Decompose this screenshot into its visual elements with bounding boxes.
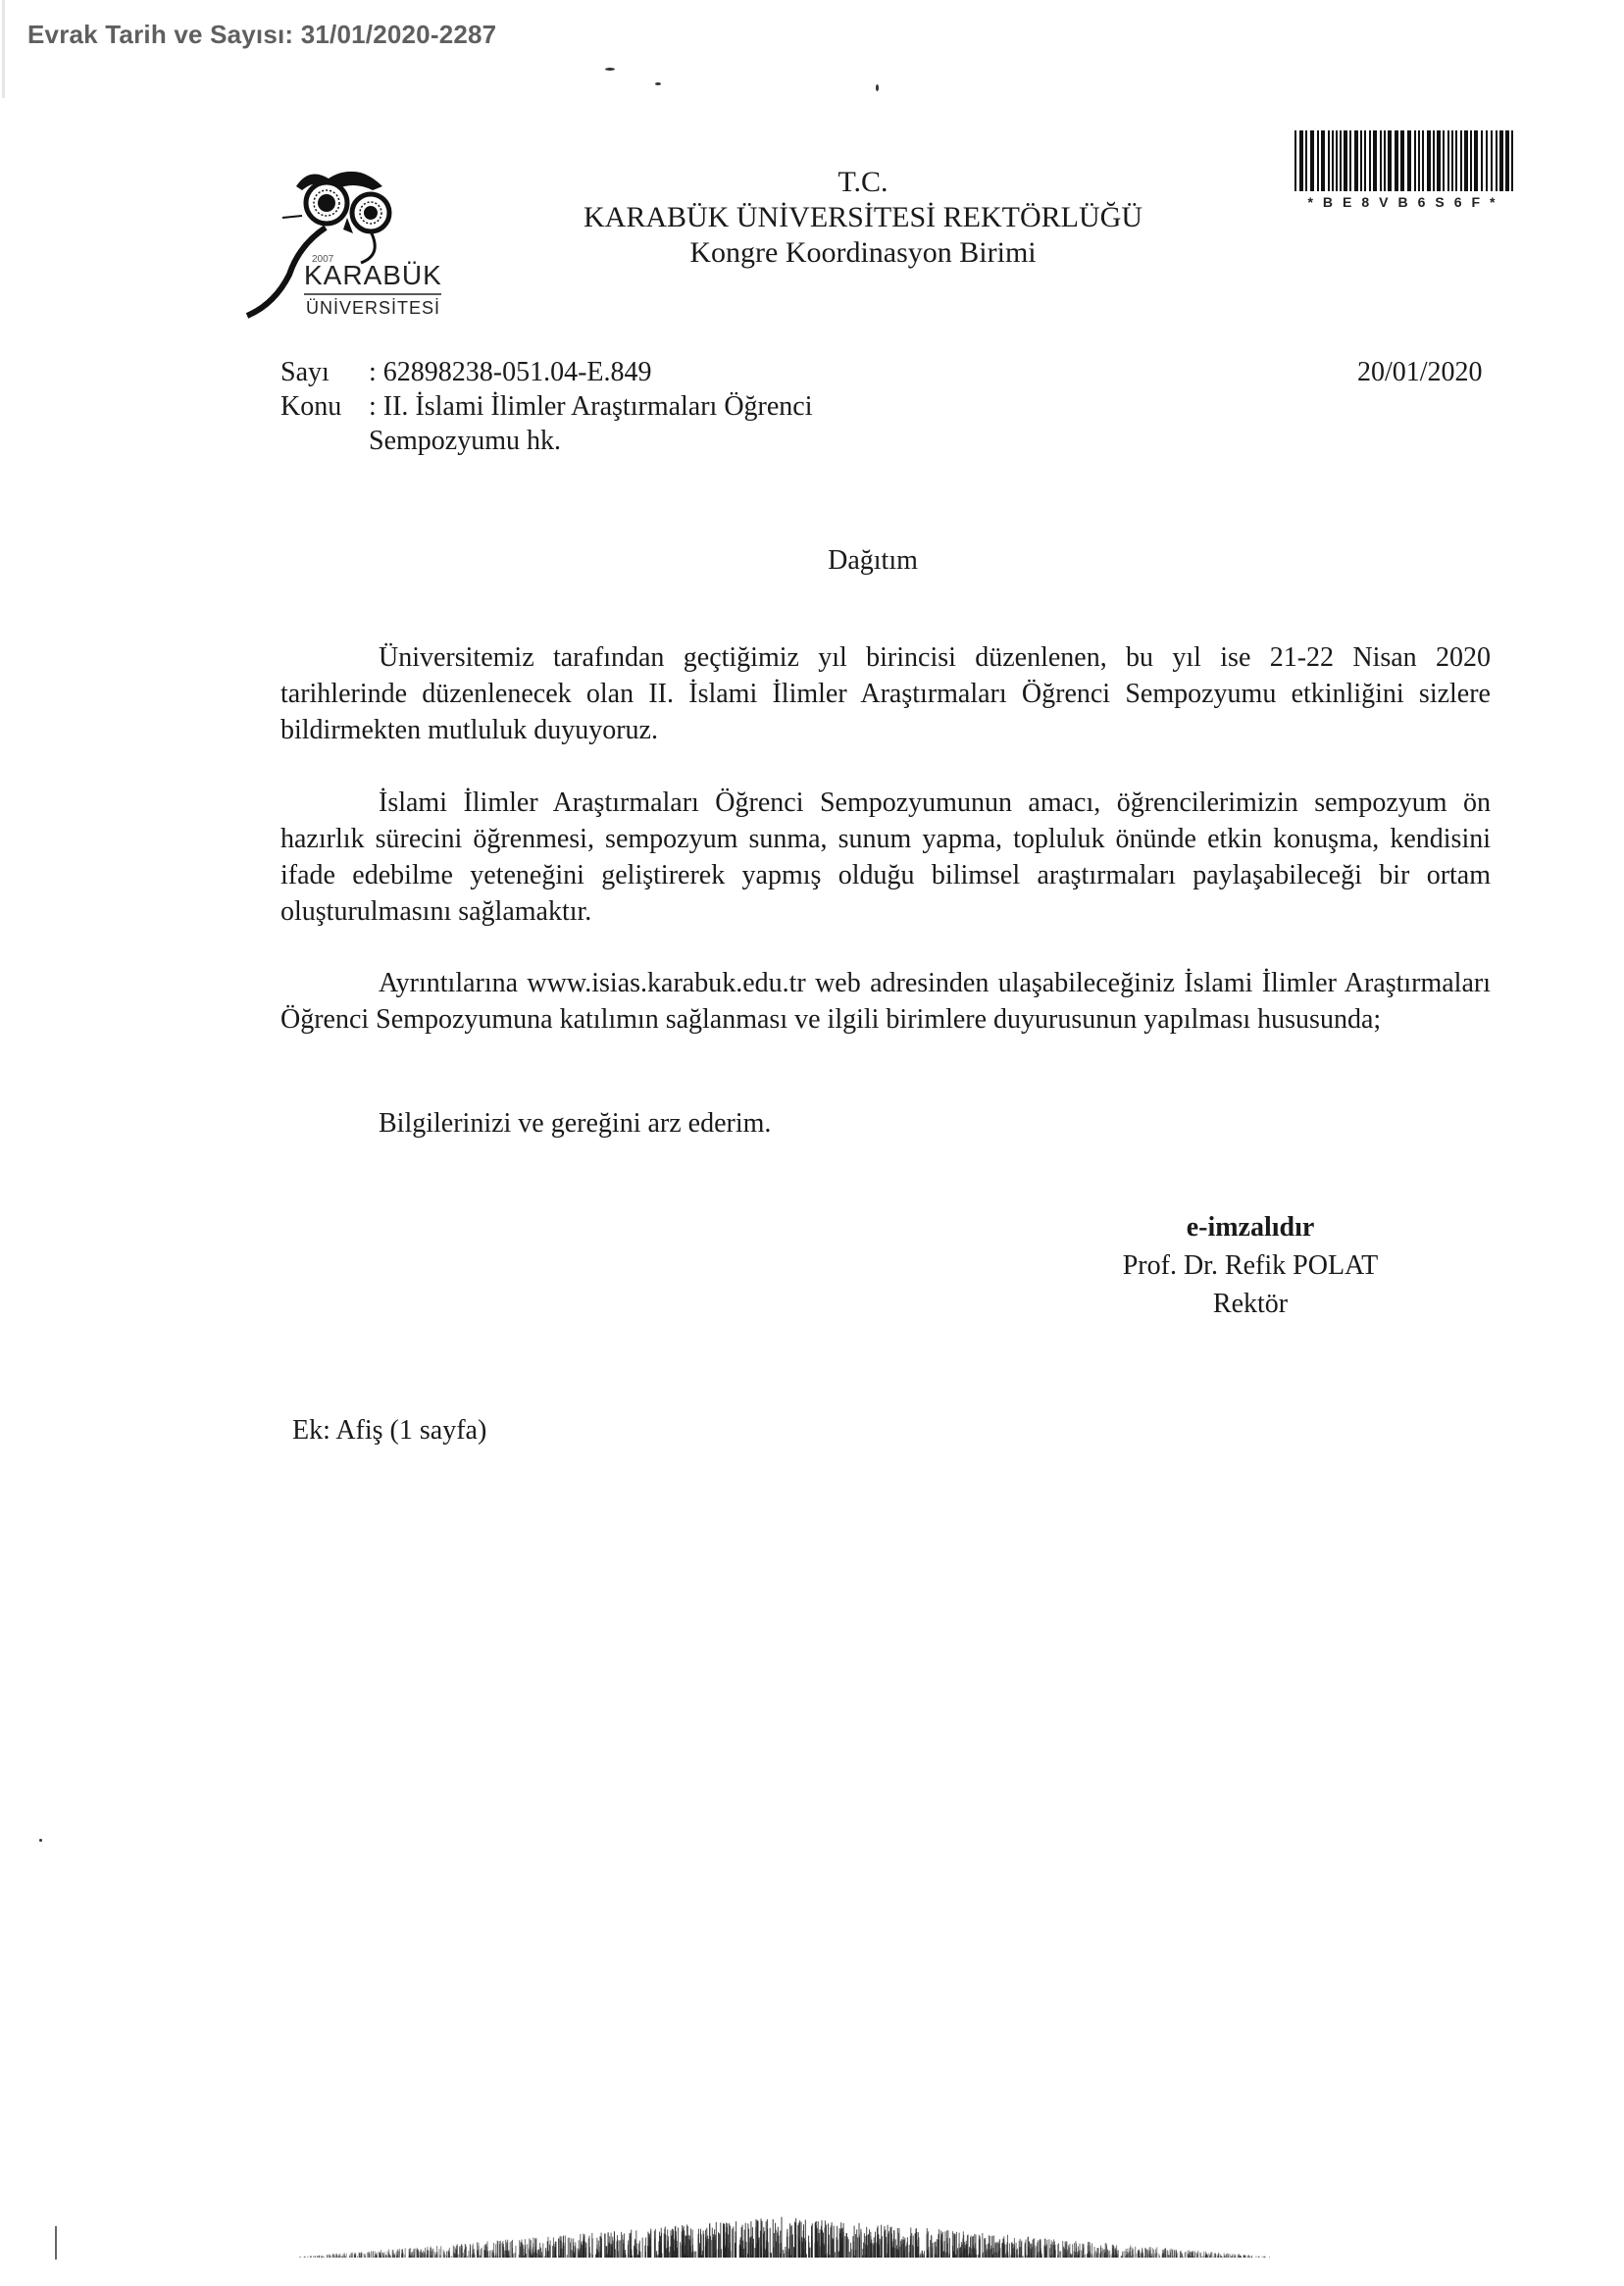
scan-speck: [55, 2226, 57, 2260]
sayi-value: : 62898238-051.04-E.849: [369, 355, 652, 389]
distribution-heading: Dağıtım: [765, 545, 981, 577]
header-tc: T.C.: [549, 165, 1177, 200]
scan-edge: [2, 0, 5, 98]
header-unit: Kongre Koordinasyon Birimi: [549, 235, 1177, 271]
konu-value: : II. İslami İlimler Araştırmaları Öğren…: [369, 389, 813, 424]
esign-status: e-imzalıdır: [1079, 1208, 1422, 1246]
scan-noise: [137, 2214, 1432, 2260]
paragraph-3: Ayrıntılarına www.isias.karabuk.edu.tr w…: [280, 965, 1491, 1038]
paragraph-2: İslami İlimler Araştırmaları Öğrenci Sem…: [280, 785, 1491, 930]
owl-logo-icon: 2007 KARABÜK ÜNİVERSİTESİ: [235, 147, 461, 319]
konu-value-cont: Sempozyumu hk.: [280, 424, 813, 458]
scan-speck: [39, 1839, 42, 1842]
document-date: 20/01/2020: [1357, 355, 1483, 389]
attachment-note: Ek: Afiş (1 sayfa): [292, 1415, 486, 1447]
scan-speck: [876, 84, 879, 91]
scan-speck: [655, 82, 661, 85]
document-barcode: [1293, 130, 1520, 191]
closing-line: Bilgilerinizi ve gereğini arz ederim.: [379, 1108, 771, 1140]
scan-speck: [605, 68, 615, 71]
paragraph-1: Üniversitemiz tarafından geçtiğimiz yıl …: [280, 639, 1491, 748]
signatory-name: Prof. Dr. Refik POLAT: [1079, 1246, 1422, 1285]
sayi-label: Sayı: [280, 355, 369, 389]
header-institution: KARABÜK ÜNİVERSİTESİ REKTÖRLÜĞÜ: [549, 200, 1177, 235]
signatory-title: Rektör: [1079, 1285, 1422, 1323]
signature-block: e-imzalıdır Prof. Dr. Refik POLAT Rektör: [1079, 1208, 1422, 1323]
barcode-text: *BE8VB6S6F*: [1293, 194, 1520, 210]
scan-noise-icon: [137, 2214, 1432, 2260]
document-stamp: Evrak Tarih ve Sayısı: 31/01/2020-2287: [27, 20, 496, 50]
svg-text:KARABÜK: KARABÜK: [304, 260, 442, 290]
letterhead: T.C. KARABÜK ÜNİVERSİTESİ REKTÖRLÜĞÜ Kon…: [549, 165, 1177, 271]
document-meta: Sayı : 62898238-051.04-E.849 Konu : II. …: [280, 355, 813, 458]
konu-label: Konu: [280, 389, 369, 424]
svg-text:ÜNİVERSİTESİ: ÜNİVERSİTESİ: [306, 298, 440, 318]
university-logo: 2007 KARABÜK ÜNİVERSİTESİ: [235, 147, 461, 319]
barcode-icon: [1293, 130, 1520, 191]
